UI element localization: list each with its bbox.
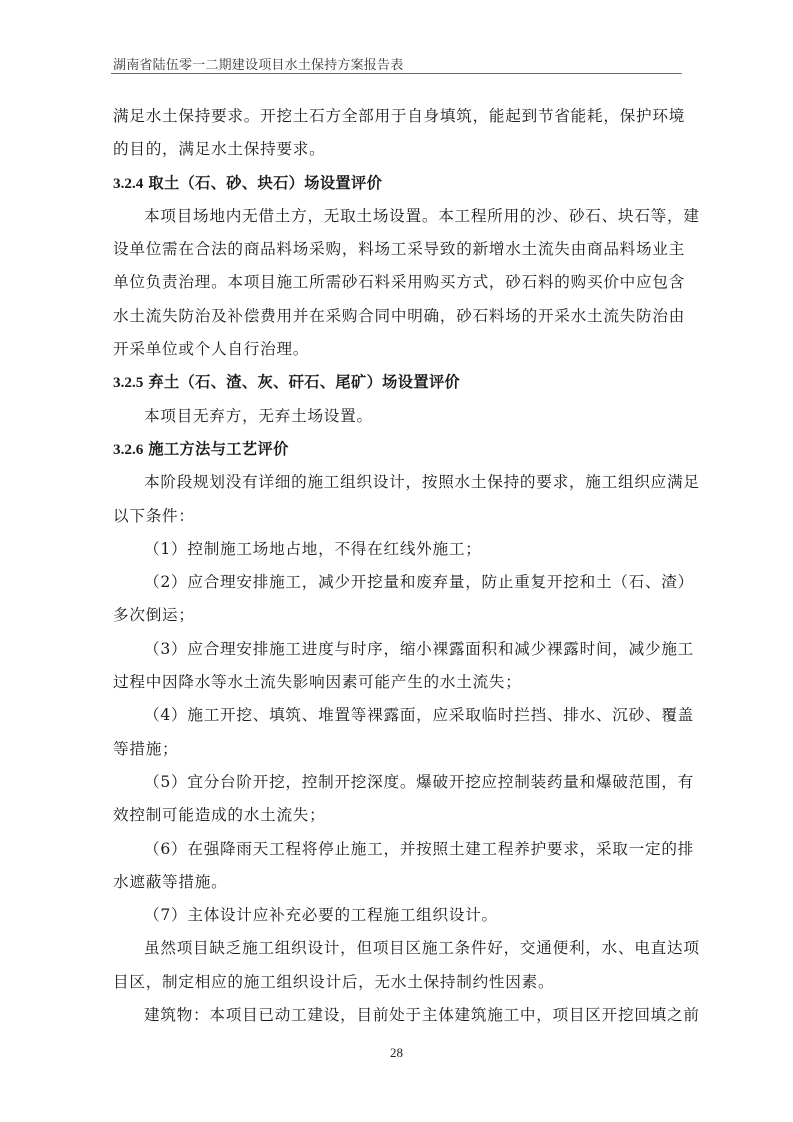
paragraph-line: （2）应合理安排施工，减少开挖量和废弃量，防止重复开挖和土（石、渣） — [113, 566, 683, 599]
section-title: 施工方法与工艺评价 — [148, 440, 288, 458]
section-title: 弃土（石、渣、灰、矸石、尾矿）场设置评价 — [148, 373, 460, 391]
paragraph-line: 目区，制定相应的施工组织设计后，无水土保持制约性因素。 — [113, 966, 683, 999]
paragraph-line: （1）控制施工场地占地，不得在红线外施工； — [113, 533, 683, 566]
paragraph-line: 的目的，满足水土保持要求。 — [113, 133, 683, 166]
paragraph-line: 过程中因降水等水土流失影响因素可能产生的水土流失； — [113, 666, 683, 699]
section-title: 取土（石、砂、块石）场设置评价 — [148, 174, 382, 192]
body-content: 满足水土保持要求。开挖土石方全部用于自身填筑，能起到节省能耗，保护环境的目的，满… — [113, 100, 683, 1032]
paragraph-line: 以下条件： — [113, 500, 683, 533]
paragraph-line: 单位负责治理。本项目施工所需砂石料采用购买方式，砂石料的购买价中应包含 — [113, 266, 683, 299]
paragraph-line: 设单位需在合法的商品料场采购，料场工采导致的新增水土流失由商品料场业主 — [113, 233, 683, 266]
paragraph-line: 本阶段规划没有详细的施工组织设计，按照水土保持的要求，施工组织应满足 — [113, 466, 683, 499]
paragraph-line: （6）在强降雨天工程将停止施工，并按照土建工程养护要求，采取一定的排 — [113, 833, 683, 866]
paragraph-line: （4）施工开挖、填筑、堆置等裸露面，应采取临时拦挡、排水、沉砂、覆盖 — [113, 699, 683, 732]
paragraph-line: 水土流失防治及补偿费用并在采购合同中明确，砂石料场的开采水土流失防治由 — [113, 300, 683, 333]
section-number: 3.2.6 — [113, 441, 143, 458]
paragraph-line: 本项目场地内无借土方，无取土场设置。本工程所用的沙、砂石、块石等，建 — [113, 200, 683, 233]
paragraph-line: 水遮蔽等措施。 — [113, 866, 683, 899]
paragraph-line: 建筑物：本项目已动工建设，目前处于主体建筑施工中，项目区开挖回填之前 — [113, 999, 683, 1032]
paragraph-line: 本项目无弃方，无弃土场设置。 — [113, 400, 683, 433]
section-number: 3.2.4 — [113, 175, 143, 192]
paragraph-line: 满足水土保持要求。开挖土石方全部用于自身填筑，能起到节省能耗，保护环境 — [113, 100, 683, 133]
section-number: 3.2.5 — [113, 374, 143, 391]
paragraph-line: 等措施； — [113, 733, 683, 766]
page-header: 湖南省陆伍零一二期建设项目水土保持方案报告表 — [111, 52, 682, 74]
paragraph-line: （3）应合理安排施工进度与时序，缩小裸露面积和减少裸露时间，减少施工 — [113, 633, 683, 666]
paragraph-line: 效控制可能造成的水土流失； — [113, 799, 683, 832]
paragraph-line: （5）宜分台阶开挖，控制开挖深度。爆破开挖应控制装药量和爆破范围，有 — [113, 766, 683, 799]
section-heading: 3.2.6施工方法与工艺评价 — [113, 433, 683, 466]
paragraph-line: （7）主体设计应补充必要的工程施工组织设计。 — [113, 899, 683, 932]
paragraph-line: 开采单位或个人自行治理。 — [113, 333, 683, 366]
page-number: 28 — [0, 1045, 793, 1061]
section-heading: 3.2.4取土（石、砂、块石）场设置评价 — [113, 167, 683, 200]
section-heading: 3.2.5弃土（石、渣、灰、矸石、尾矿）场设置评价 — [113, 366, 683, 399]
paragraph-line: 多次倒运； — [113, 599, 683, 632]
document-title: 湖南省陆伍零一二期建设项目水土保持方案报告表 — [113, 54, 403, 73]
paragraph-line: 虽然项目缺乏施工组织设计，但项目区施工条件好，交通便利，水、电直达项 — [113, 932, 683, 965]
